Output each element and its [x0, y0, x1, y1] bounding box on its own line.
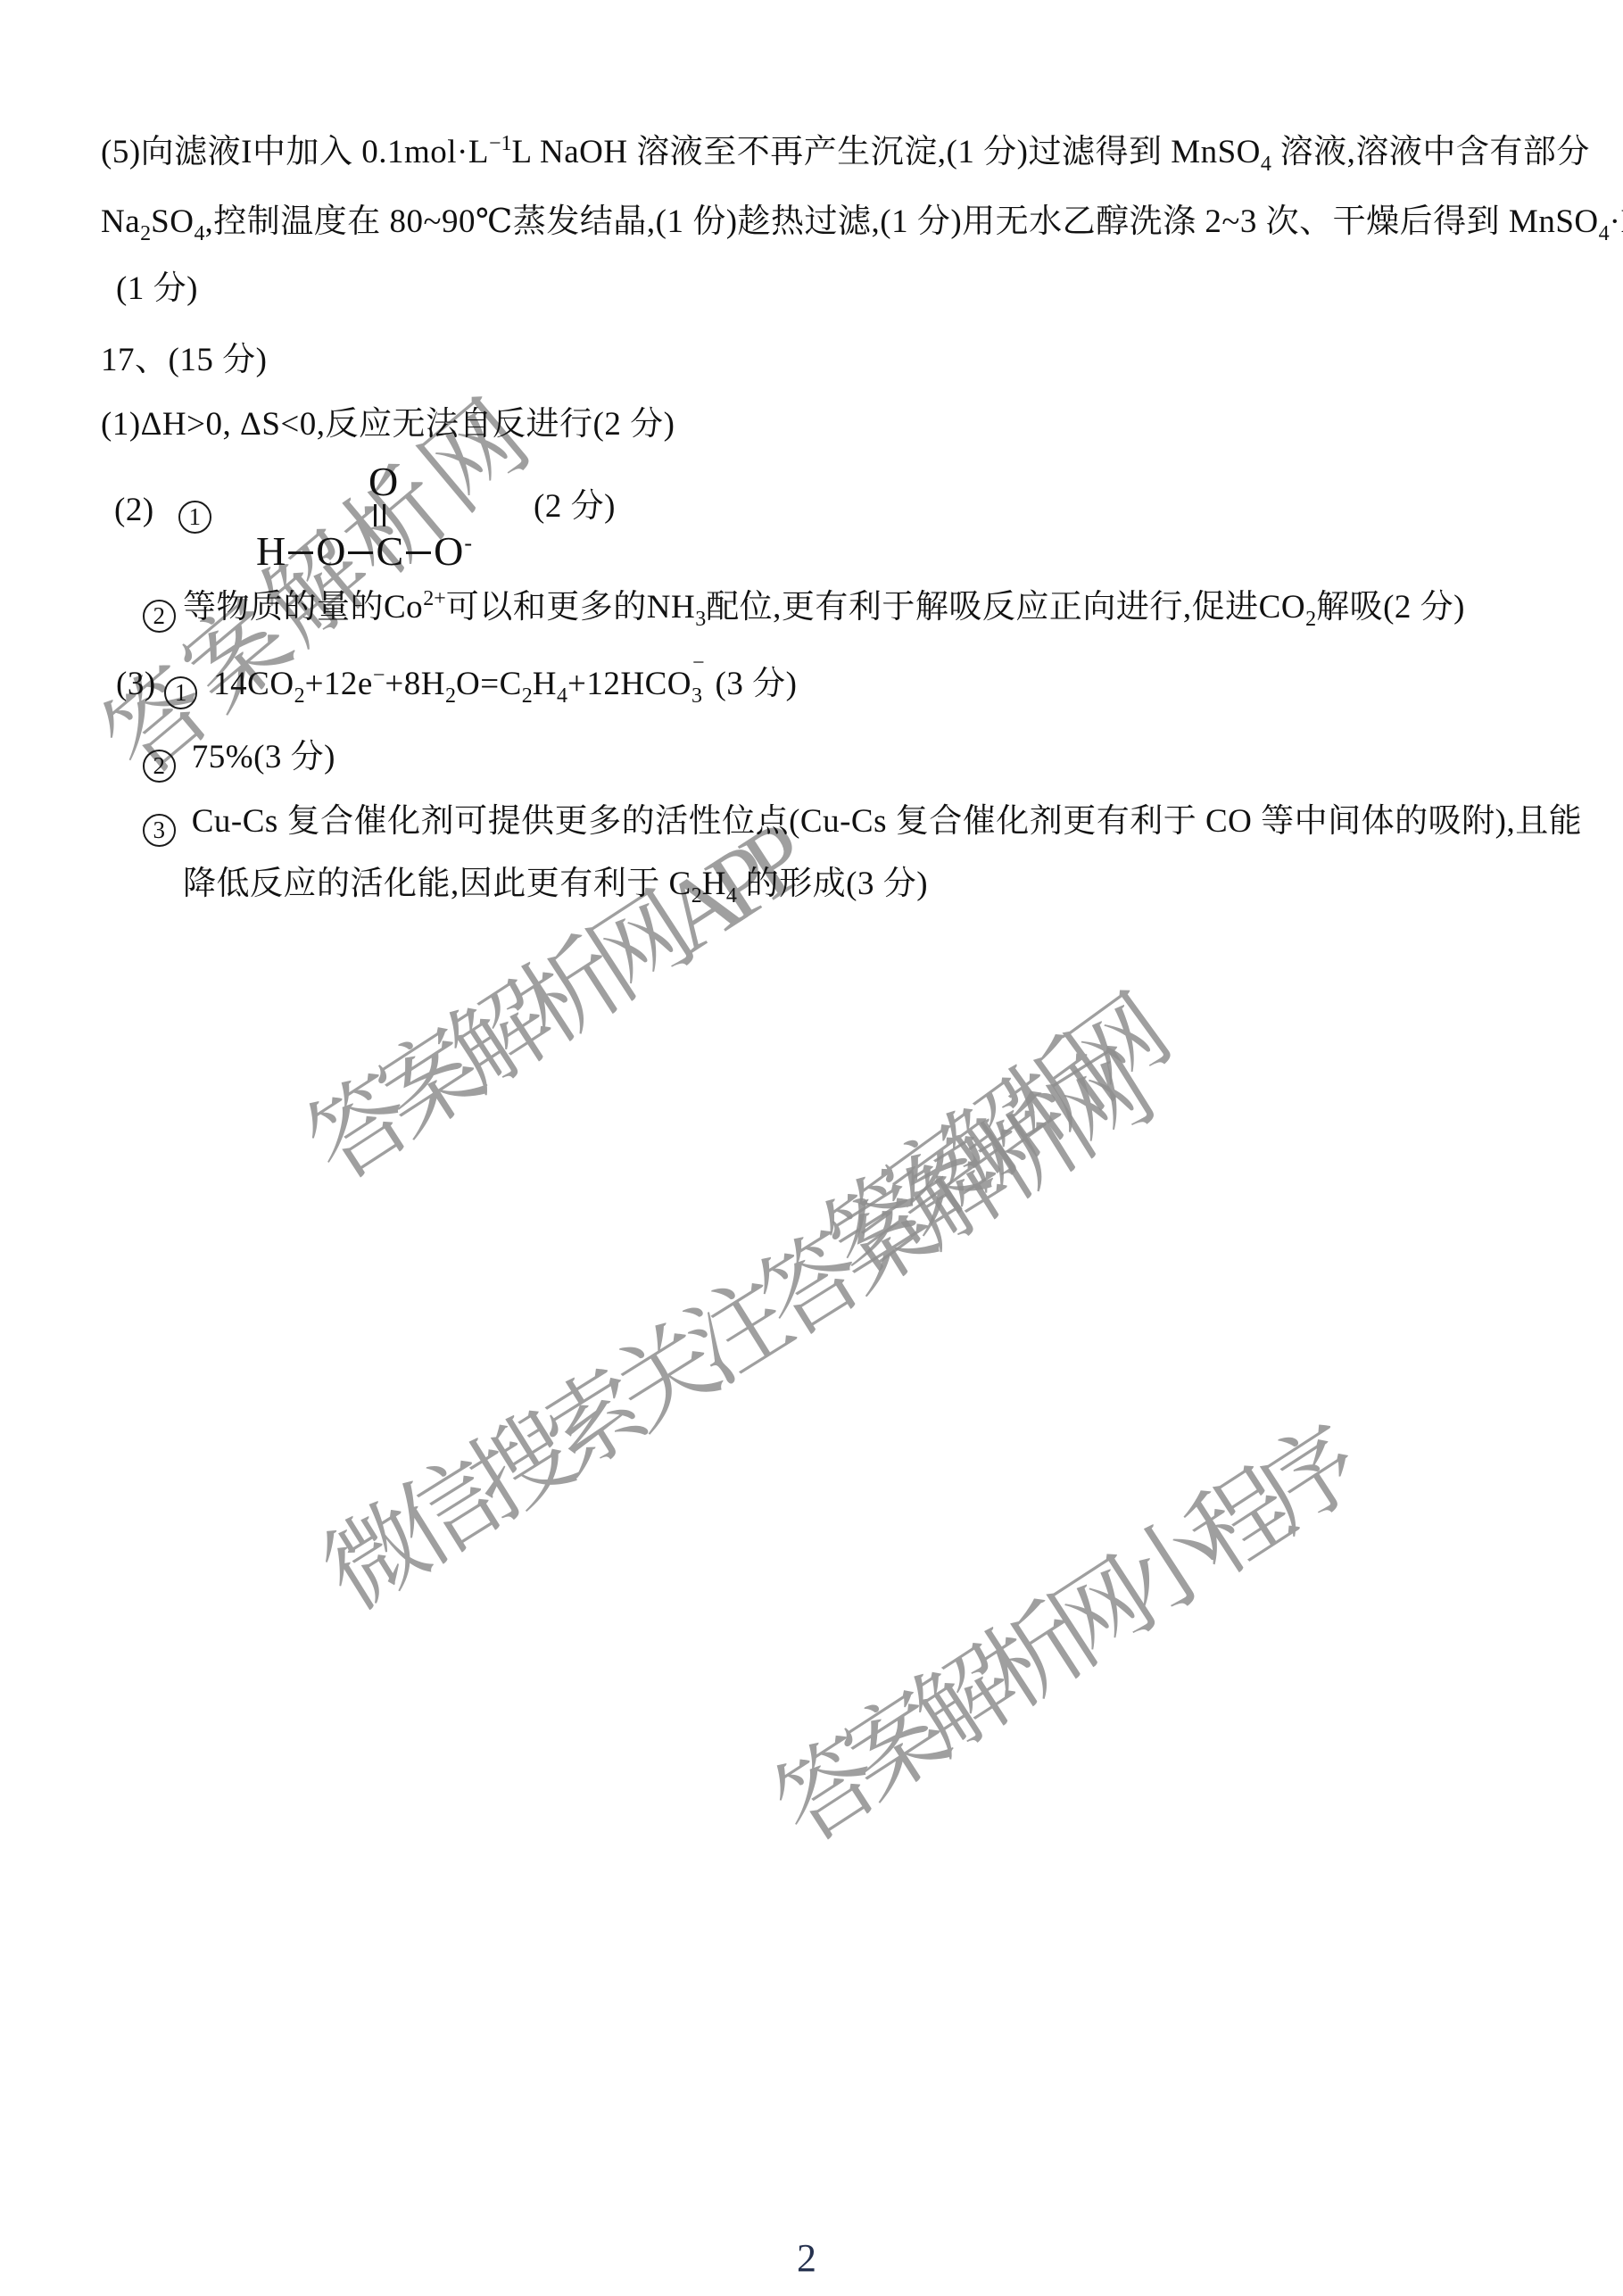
structure-charge: - — [464, 530, 472, 556]
text-line: 3 Cu-Cs 复合催化剂可提供更多的活性位点(Cu-Cs 复合催化剂更有利于 … — [143, 803, 1582, 847]
text-line: (3) 1 14CO2+12e−+8H2O=C2H4+12HCO3−(3 分) — [116, 666, 797, 709]
structure-double-bond-icon — [374, 504, 385, 526]
structure-atom-o1: O — [316, 528, 345, 574]
structure-atom-o2: O — [434, 528, 463, 574]
text-line: (1)ΔH>0, ΔS<0,反应无法自反进行(2 分) — [101, 406, 675, 444]
text-line: 1 — [178, 490, 219, 534]
structure-bond-icon — [406, 551, 431, 554]
text-line: Na2SO4,控制温度在 80~90℃蒸发结晶,(1 份)趁热过滤,(1 分)用… — [101, 203, 1623, 242]
circled-number: 2 — [143, 600, 176, 633]
text-line: (5)向滤液I中加入 0.1mol·L−1L NaOH 溶液至不再产生沉淀,(1… — [101, 134, 1590, 172]
circled-number: 2 — [143, 750, 176, 783]
answer-content: (5)向滤液I中加入 0.1mol·L−1L NaOH 溶液至不再产生沉淀,(1… — [0, 0, 1623, 2296]
circled-number: 1 — [178, 501, 211, 534]
text-line: 降低反应的活化能,因此更有利于 C2H4 的形成(3 分) — [183, 866, 928, 904]
structure-top-oxygen: O — [368, 461, 398, 502]
structure-bond-icon — [348, 551, 373, 554]
circled-number: 3 — [143, 814, 176, 847]
text-line: (1 分) — [116, 270, 198, 309]
text-line: (2) — [114, 492, 154, 530]
document-page: 答案解析网答案解析网APP答案解析网微信搜索关注答案解析网答案解析网小程序 (5… — [0, 0, 1623, 2296]
text-line: 17、(15 分) — [101, 342, 267, 380]
structure-atom-c: C — [376, 528, 403, 574]
circled-number: 1 — [164, 676, 197, 709]
text-line: 2 75%(3 分) — [143, 739, 335, 783]
text-line: 2等物质的量的Co2+可以和更多的NH3配位,更有利于解吸反应正向进行,促进CO… — [143, 589, 1465, 633]
structure-atom-h: H — [256, 528, 286, 574]
structure-bond-icon — [288, 551, 313, 554]
page-number: 2 — [797, 2235, 816, 2281]
text-line: (2 分) — [534, 488, 616, 526]
structure-backbone: HOCO- — [256, 531, 472, 572]
